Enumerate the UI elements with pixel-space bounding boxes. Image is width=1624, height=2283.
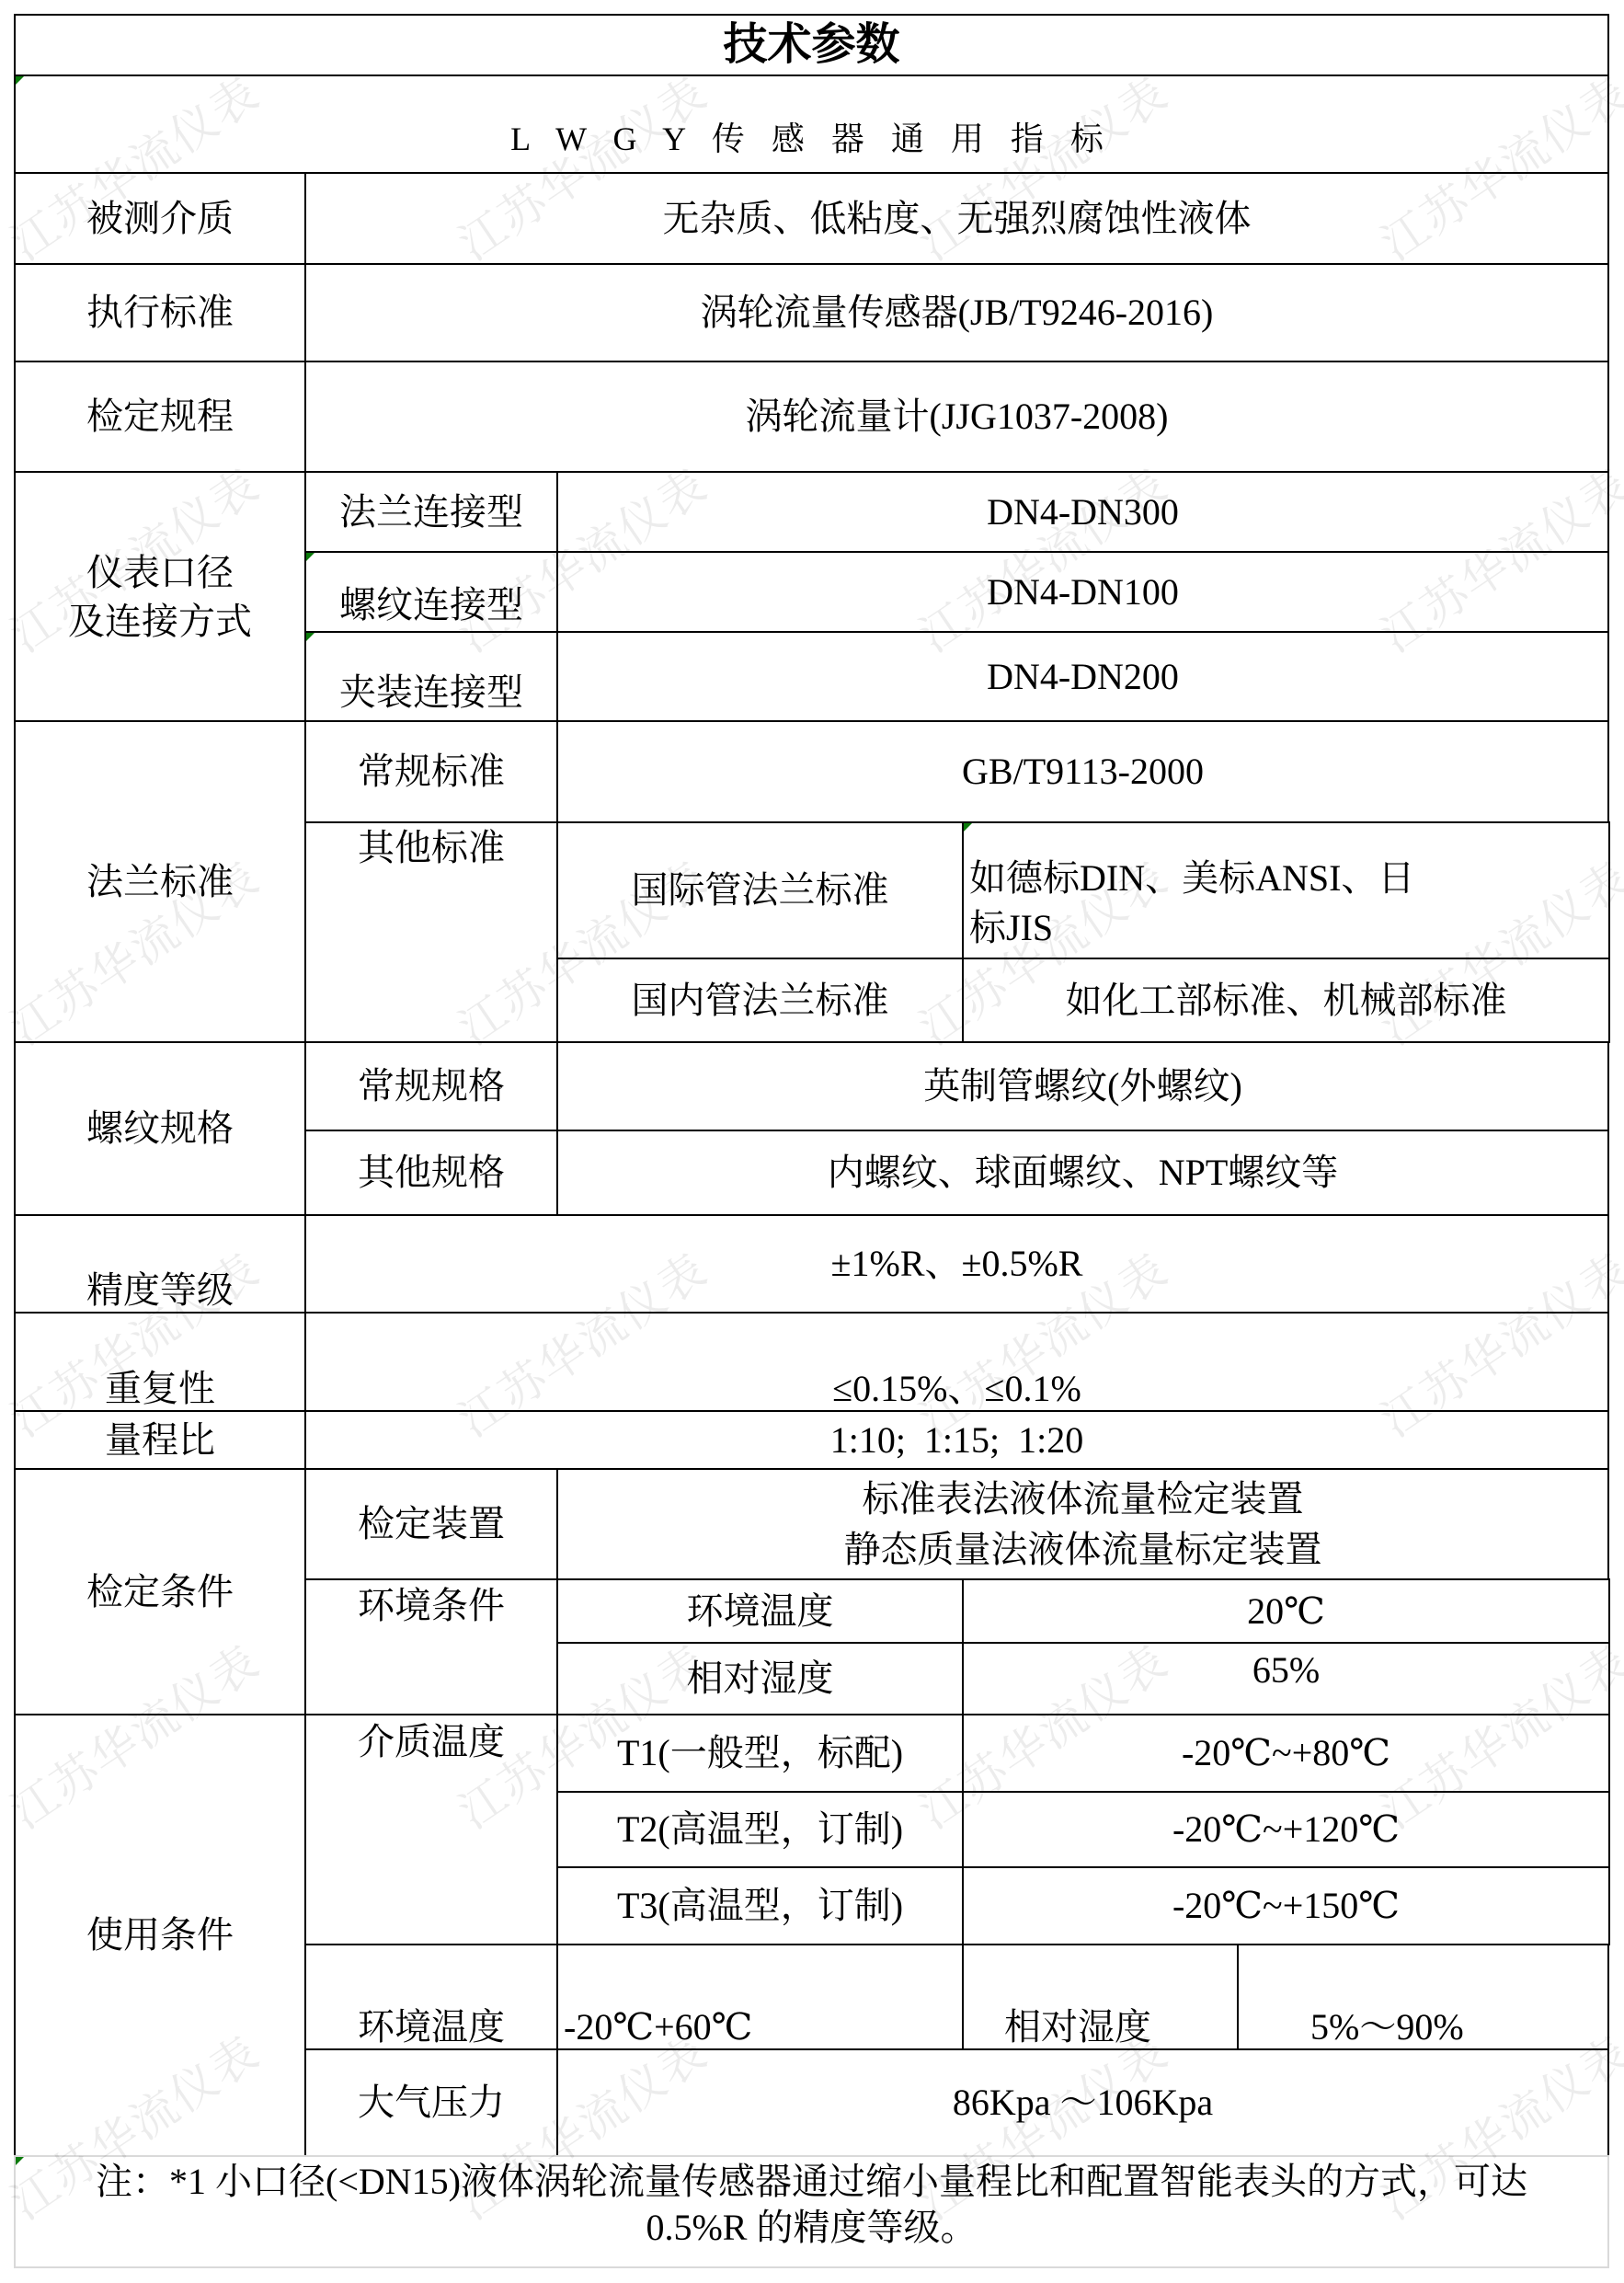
medium-temp-range-cell: -20℃~+80℃ [962, 1714, 1610, 1793]
standard-label: 执行标准 [86, 292, 234, 334]
flange-label: 法兰标准 [86, 861, 234, 903]
calibration-temp-label: 环境温度 [687, 1590, 834, 1633]
connection-range-cell: DN4-DN100 [556, 551, 1609, 633]
medium-temp-type: T1(一般型，标配) [617, 1732, 903, 1774]
procedure-value-cell: 涡轮流量计(JJG1037-2008) [304, 361, 1609, 473]
note-cell: 注：*1 小口径(<DN15)液体涡轮流量传感器通过缩小量程比和配置智能表头的方… [14, 2155, 1609, 2268]
flange-domestic-label: 国内管法兰标准 [632, 980, 889, 1022]
flange-regular-label: 常规标准 [358, 751, 505, 793]
ambient-humidity-label: 相对湿度 [1004, 2006, 1151, 2048]
ambient-temp-value-cell: -20℃+60℃ [556, 1944, 964, 2050]
calibration-device-label: 检定装置 [358, 1503, 505, 1545]
repeatability-value-cell: ≤0.15%、≤0.1% [304, 1312, 1609, 1412]
error-indicator-icon [306, 633, 315, 641]
calibration-device-line: 静态质量法液体流量标定装置 [844, 1524, 1322, 1575]
medium-value: 无杂质、低粘度、无强烈腐蚀性液体 [663, 198, 1252, 240]
ambient-humidity-value: 5%～90% [1310, 2006, 1464, 2048]
connection-range: DN4-DN200 [987, 656, 1179, 698]
connection-type: 夹装连接型 [339, 671, 523, 714]
medium-temp-range: -20℃~+120℃ [1172, 1808, 1400, 1851]
calibration-label-cell: 检定条件 [14, 1468, 306, 1715]
connection-type-cell: 法兰连接型 [304, 471, 558, 553]
procedure-label: 检定规程 [86, 396, 234, 438]
thread-regular-value: 英制管螺纹(外螺纹) [923, 1065, 1242, 1107]
subtitle-cell: L W G Y 传 感 器 通 用 指 标 [14, 75, 1609, 174]
medium-temp-label-cell: 介质温度 [304, 1714, 558, 1945]
calibration-temp-label-cell: 环境温度 [556, 1578, 964, 1644]
calibration-device-value-cell: 标准表法液体流量检定装置 静态质量法液体流量标定装置 [556, 1468, 1609, 1580]
error-indicator-icon [964, 823, 972, 832]
calibration-label: 检定条件 [86, 1571, 234, 1613]
thread-label: 螺纹规格 [86, 1107, 234, 1150]
ambient-humidity-value-cell: 5%～90% [1237, 1944, 1609, 2050]
calibration-temp-value: 20℃ [1247, 1590, 1325, 1633]
flange-intl-label-cell: 国际管法兰标准 [556, 821, 964, 959]
connection-type: 法兰连接型 [339, 491, 523, 533]
medium-temp-type: T2(高温型，订制) [617, 1808, 903, 1851]
flange-regular-value: GB/T9113-2000 [962, 751, 1204, 793]
pressure-value-cell: 86Kpa ～106Kpa [556, 2048, 1609, 2157]
operating-label: 使用条件 [86, 1914, 234, 1956]
flange-regular-value-cell: GB/T9113-2000 [556, 720, 1609, 823]
title-cell: 技术参数 [14, 14, 1609, 76]
connection-label: 仪表口径 及连接方式 [68, 548, 252, 646]
note-line: 0.5%R 的精度等级。 [96, 2205, 1527, 2251]
repeatability-label-cell: 重复性 [14, 1312, 306, 1412]
pressure-label: 大气压力 [358, 2082, 505, 2124]
connection-label-line: 仪表口径 [68, 548, 252, 597]
calibration-humidity-label-cell: 相对湿度 [556, 1642, 964, 1715]
ambient-temp-label-cell: 环境温度 [304, 1944, 558, 2050]
medium-value-cell: 无杂质、低粘度、无强烈腐蚀性液体 [304, 172, 1609, 265]
accuracy-value-cell: ±1%R、±0.5%R [304, 1214, 1609, 1314]
thread-other-label-cell: 其他规格 [304, 1130, 558, 1216]
page-title: 技术参数 [723, 20, 899, 70]
connection-label-cell: 仪表口径 及连接方式 [14, 471, 306, 722]
thread-regular-label: 常规规格 [358, 1065, 505, 1107]
procedure-label-cell: 检定规程 [14, 361, 306, 473]
flange-regular-label-cell: 常规标准 [304, 720, 558, 823]
pressure-value: 86Kpa ～106Kpa [953, 2082, 1213, 2124]
calibration-env-label: 环境条件 [358, 1585, 505, 1627]
calibration-device-value: 标准表法液体流量检定装置 静态质量法液体流量标定装置 [844, 1474, 1322, 1575]
medium-temp-type-cell: T3(高温型，订制) [556, 1866, 964, 1945]
accuracy-label-cell: 精度等级 [14, 1214, 306, 1314]
medium-temp-label: 介质温度 [358, 1721, 505, 1763]
flange-intl-value-cell: 如德标DIN、美标ANSI、日 标JIS [962, 821, 1610, 959]
medium-temp-type-cell: T2(高温型，订制) [556, 1791, 964, 1868]
medium-temp-range: -20℃~+150℃ [1172, 1885, 1400, 1927]
calibration-env-label-cell: 环境条件 [304, 1578, 558, 1715]
thread-label-cell: 螺纹规格 [14, 1041, 306, 1216]
medium-label: 被测介质 [86, 198, 234, 240]
procedure-value: 涡轮流量计(JJG1037-2008) [746, 396, 1169, 438]
calibration-device-line: 标准表法液体流量检定装置 [844, 1474, 1322, 1524]
turndown-value: 1:10; 1:15; 1:20 [830, 1419, 1084, 1462]
turndown-label: 量程比 [105, 1419, 215, 1462]
medium-temp-range-cell: -20℃~+150℃ [962, 1866, 1610, 1945]
thread-other-label: 其他规格 [358, 1152, 505, 1194]
flange-domestic-label-cell: 国内管法兰标准 [556, 958, 964, 1043]
error-indicator-icon [16, 2157, 24, 2165]
accuracy-value: ±1%R、±0.5%R [831, 1243, 1083, 1285]
calibration-humidity-value: 65% [1252, 1649, 1320, 1692]
calibration-humidity-value-cell: 65% [962, 1642, 1610, 1715]
flange-intl-value: 如德标DIN、美标ANSI、日 标JIS [969, 854, 1414, 953]
thread-regular-value-cell: 英制管螺纹(外螺纹) [556, 1041, 1609, 1131]
flange-intl-label: 国际管法兰标准 [632, 869, 889, 912]
repeatability-label: 重复性 [105, 1368, 215, 1410]
flange-intl-value-line: 标JIS [969, 903, 1414, 953]
calibration-temp-value-cell: 20℃ [962, 1578, 1610, 1644]
connection-type: 螺纹连接型 [339, 584, 523, 626]
thread-other-value-cell: 内螺纹、球面螺纹、NPT螺纹等 [556, 1130, 1609, 1216]
error-indicator-icon [16, 76, 24, 85]
accuracy-label: 精度等级 [86, 1269, 234, 1312]
ambient-temp-value: -20℃+60℃ [564, 2006, 752, 2048]
connection-label-line: 及连接方式 [68, 597, 252, 646]
flange-other-label-cell: 其他标准 [304, 821, 558, 1043]
flange-domestic-value: 如化工部标准、机械部标准 [1066, 980, 1507, 1022]
page-subtitle: L W G Y 传 感 器 通 用 指 标 [510, 119, 1113, 159]
standard-label-cell: 执行标准 [14, 263, 306, 362]
note-text: 注：*1 小口径(<DN15)液体涡轮流量传感器通过缩小量程比和配置智能表头的方… [96, 2159, 1527, 2251]
operating-label-cell: 使用条件 [14, 1714, 306, 2157]
ambient-humidity-label-cell: 相对湿度 [962, 1944, 1239, 2050]
connection-range: DN4-DN100 [987, 571, 1179, 614]
connection-range: DN4-DN300 [987, 491, 1179, 533]
ambient-temp-label: 环境温度 [358, 2006, 505, 2048]
flange-domestic-value-cell: 如化工部标准、机械部标准 [962, 958, 1610, 1043]
standard-value: 涡轮流量传感器(JB/T9246-2016) [701, 292, 1214, 334]
turndown-value-cell: 1:10; 1:15; 1:20 [304, 1410, 1609, 1470]
pressure-label-cell: 大气压力 [304, 2048, 558, 2157]
thread-regular-label-cell: 常规规格 [304, 1041, 558, 1131]
flange-other-label: 其他标准 [358, 827, 505, 869]
medium-temp-range-cell: -20℃~+120℃ [962, 1791, 1610, 1868]
medium-temp-range: -20℃~+80℃ [1182, 1732, 1390, 1774]
calibration-device-label-cell: 检定装置 [304, 1468, 558, 1580]
standard-value-cell: 涡轮流量传感器(JB/T9246-2016) [304, 263, 1609, 362]
medium-label-cell: 被测介质 [14, 172, 306, 265]
medium-temp-type: T3(高温型，订制) [617, 1885, 903, 1927]
turndown-label-cell: 量程比 [14, 1410, 306, 1470]
thread-other-value: 内螺纹、球面螺纹、NPT螺纹等 [828, 1152, 1339, 1194]
note-line: 注：*1 小口径(<DN15)液体涡轮流量传感器通过缩小量程比和配置智能表头的方… [96, 2159, 1527, 2205]
connection-range-cell: DN4-DN300 [556, 471, 1609, 553]
calibration-humidity-label: 相对湿度 [687, 1658, 834, 1700]
medium-temp-type-cell: T1(一般型，标配) [556, 1714, 964, 1793]
error-indicator-icon [306, 553, 315, 561]
repeatability-value: ≤0.15%、≤0.1% [832, 1368, 1081, 1410]
connection-range-cell: DN4-DN200 [556, 631, 1609, 722]
connection-type-cell: 螺纹连接型 [304, 551, 558, 633]
flange-intl-value-line: 如德标DIN、美标ANSI、日 [969, 854, 1414, 903]
flange-label-cell: 法兰标准 [14, 720, 306, 1043]
connection-type-cell: 夹装连接型 [304, 631, 558, 722]
